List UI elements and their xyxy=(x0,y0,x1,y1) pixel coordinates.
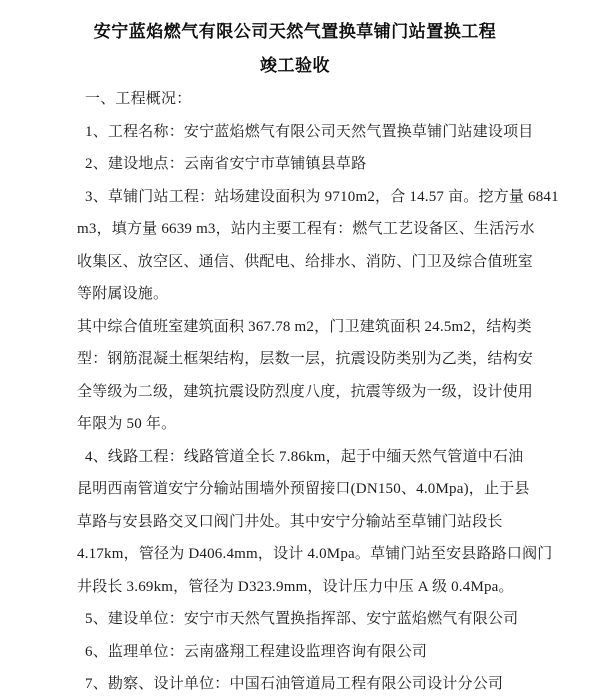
document-title: 安宁蓝焰燃气有限公司天然气置换草铺门站置换工程 xyxy=(0,15,590,49)
doc-line-item-6: 6、监理单位：云南盛翔工程建设监理咨询有限公司 xyxy=(77,636,520,669)
doc-line-item-3: 3、草铺门站工程：站场建设面积为 9710m2，合 14.57 亩。挖方量 68… xyxy=(77,181,520,214)
doc-line-item-2: 2、建设地点：云南省安宁市草铺镇县草路 xyxy=(77,148,520,181)
document-subtitle: 竣工验收 xyxy=(0,49,590,83)
doc-line-item-3-cont: m3，填方量 6639 m3，站内主要工程有：燃气工艺设备区、生活污水 xyxy=(77,213,520,246)
doc-line-item-4-cont: 4.17km，管径为 D406.4mm，设计 4.0Mpa。草铺门站至安县路路口… xyxy=(77,538,520,571)
doc-line-item-1: 1、工程名称：安宁蓝焰燃气有限公司天然气置换草铺门站建设项目 xyxy=(77,116,520,149)
doc-line-para-cont: 年限为 50 年。 xyxy=(77,408,520,441)
section-heading: 一、工程概况： xyxy=(77,83,520,116)
doc-line-item-4: 4、线路工程：线路管道全长 7.86km，起于中缅天然气管道中石油 xyxy=(77,441,520,474)
document-body: 一、工程概况： 1、工程名称：安宁蓝焰燃气有限公司天然气置换草铺门站建设项目 2… xyxy=(77,83,520,698)
doc-line-item-4-cont: 昆明西南管道安宁分输站围墙外预留接口(DN150、4.0Mpa)，止于县 xyxy=(77,473,520,506)
doc-line-para-cont: 型：钢筋混凝土框架结构，层数一层，抗震设防类别为乙类，结构安 xyxy=(77,343,520,376)
doc-line-item-3-cont: 收集区、放空区、通信、供配电、给排水、消防、门卫及综合值班室 xyxy=(77,246,520,279)
doc-line-item-3-cont: 等附属设施。 xyxy=(77,278,520,311)
document-title-block: 安宁蓝焰燃气有限公司天然气置换草铺门站置换工程 竣工验收 xyxy=(0,15,590,83)
doc-line-item-4-cont: 草路与安县路交叉口阀门井处。其中安宁分输站至草铺门站段长 xyxy=(77,506,520,539)
doc-line-para: 其中综合值班室建筑面积 367.78 m2，门卫建筑面积 24.5m2，结构类 xyxy=(77,311,520,344)
doc-line-item-4-cont: 井段长 3.69km，管径为 D323.9mm，设计压力中压 A 级 0.4Mp… xyxy=(77,571,520,604)
document-page: 安宁蓝焰燃气有限公司天然气置换草铺门站置换工程 竣工验收 一、工程概况： 1、工… xyxy=(0,0,590,698)
doc-line-item-7: 7、勘察、设计单位：中国石油管道局工程有限公司设计分公司 xyxy=(77,668,520,698)
doc-line-item-5: 5、建设单位：安宁市天然气置换指挥部、安宁蓝焰燃气有限公司 xyxy=(77,603,520,636)
doc-line-para-cont: 全等级为二级，建筑抗震设防烈度八度，抗震等级为一级，设计使用 xyxy=(77,376,520,409)
